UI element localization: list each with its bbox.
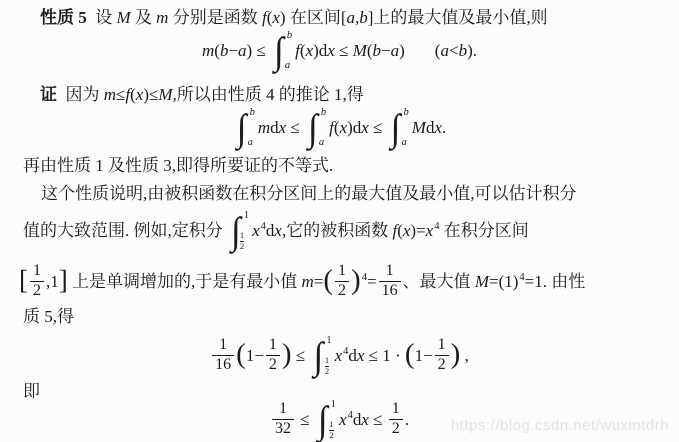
fraction: 132 (272, 400, 294, 438)
integral: ∫ba (237, 106, 255, 150)
text-run: 分别是函数 (168, 8, 262, 27)
fraction-denominator: 2 (435, 355, 449, 374)
text-run: = (367, 272, 377, 291)
math-var: M (475, 272, 489, 291)
text-run: 再由性质 1 及性质 3,即得所要证的不等式. (23, 156, 333, 175)
fraction: 12 (325, 356, 329, 376)
math-var: x (340, 118, 348, 137)
integral-sign: ∫ (318, 400, 328, 440)
math-var: x (252, 221, 260, 240)
text-run: ≤ (296, 410, 314, 429)
text-run: ≤ (369, 118, 387, 137)
text-run: ]上的最大值及最小值,则 (368, 8, 548, 27)
bold-text: 证 (40, 85, 57, 104)
big-paren: ( (236, 338, 246, 370)
text-run: ≤ (286, 118, 304, 137)
fraction: 12 (389, 400, 403, 438)
watermark: https://blog.csdn.net/wuxintdrh (451, 417, 669, 434)
proof-conclusion-line: 再由性质 1 及性质 3,即得所要证的不等式. (23, 155, 333, 177)
fraction: 12 (435, 336, 449, 374)
math-var: a (391, 41, 400, 60)
math-var: x (327, 41, 335, 60)
integral-sign: ∫ (313, 336, 323, 376)
big-paren: ) (282, 338, 292, 370)
text-run: , (460, 346, 469, 365)
text-run: ) ≤ (247, 41, 271, 60)
text-run: 上是单调增加的,于是有最小值 (68, 272, 302, 291)
integral: ∫ba (274, 29, 292, 73)
integral-lower-bound: a (400, 138, 409, 149)
integral-sign: ∫ (237, 108, 247, 148)
text-run: )≤ (143, 85, 158, 104)
math-var: m (104, 85, 116, 104)
math-var: x (426, 221, 434, 240)
math-var: a (238, 41, 247, 60)
integral-bounds: ba (401, 106, 409, 150)
text-run: ) 在区间[ (280, 8, 347, 27)
fraction-denominator: 32 (272, 419, 294, 438)
proof-start-line: 证 因为 m≤f(x)≤M,所以由性质 4 的推论 1,得 (40, 84, 364, 106)
text-run: d (270, 118, 279, 137)
math-var: m (258, 118, 270, 137)
text-run: =1. 由性 (525, 272, 586, 291)
math-var: M (117, 8, 131, 27)
fraction-denominator: 2 (329, 430, 333, 440)
fraction: 12 (335, 262, 349, 300)
remark-line-3: [12,1] 上是单调增加的,于是有最小值 m=(12)4=116、最大值 M=… (19, 252, 585, 304)
integral-upper-bound: b (287, 31, 292, 42)
text-run: 设 (87, 8, 117, 27)
math-var: b (373, 41, 382, 60)
math-var: a (440, 41, 449, 60)
math-var: m (156, 8, 168, 27)
remark-line-2: 值的大致范围. 例如,定积分 ∫112x4dx,它的被积函数 f(x)=x4 在… (23, 204, 529, 250)
fraction-numerator: 1 (329, 420, 333, 429)
text-run: ≤ 1 · (364, 346, 405, 365)
remark-line-1: 这个性质说明,由被积函数在积分区间上的最大值及最小值,可以估计积分 (41, 183, 577, 205)
big-paren: ( (405, 338, 415, 370)
integral-upper-bound: b (250, 108, 255, 119)
text-run: 1− (246, 346, 264, 365)
text-run: ,它的被积函数 (282, 221, 393, 240)
integral-bounds: 112 (328, 398, 336, 442)
fraction-numerator: 1 (389, 400, 403, 418)
integral-upper-bound: 1 (244, 211, 249, 222)
text-run: 、最大值 (403, 272, 475, 291)
fraction-denominator: 16 (212, 355, 234, 374)
textbook-page: 性质 5 设 M 及 m 分别是函数 f(x) 在区间[a,b]上的最大值及最小… (0, 0, 679, 442)
text-run: . (405, 410, 409, 429)
text-run: =(1) (489, 272, 518, 291)
fraction: 12 (329, 420, 333, 440)
integral: ∫112 (231, 209, 249, 253)
big-bracket: ] (59, 265, 68, 295)
text-run: )d (313, 41, 327, 60)
fraction: 116 (212, 336, 234, 374)
math-var: x (272, 8, 280, 27)
fraction-numerator: 1 (272, 400, 294, 418)
math-var: b (459, 41, 468, 60)
bold-text: 性质 5 (40, 8, 87, 27)
formula-property5-inequality: m(b−a) ≤ ∫baf(x)dx ≤ M(b−a)(a<b). (0, 28, 679, 74)
integral-bounds: ba (318, 106, 326, 150)
integral-lower-bound: 12 (327, 420, 336, 440)
integral-bounds: 112 (323, 334, 331, 378)
text-run: . (442, 118, 446, 137)
text-run: 值的大致范围. 例如,定积分 (23, 221, 227, 240)
integral-sign: ∫ (391, 108, 401, 148)
integral: ∫ba (308, 106, 326, 150)
fraction-numerator: 1 (379, 262, 401, 280)
fraction-denominator: 2 (335, 281, 349, 300)
integral-lower-bound: a (283, 61, 292, 72)
fraction: 12 (266, 336, 280, 374)
text-run: ≤ (335, 41, 353, 60)
text-run: < (449, 41, 459, 60)
integral-lower-bound: a (317, 138, 326, 149)
text-run: 1− (415, 346, 433, 365)
text-run: d (348, 346, 357, 365)
fraction-numerator: 1 (30, 262, 44, 280)
text-run: )= (410, 221, 425, 240)
fraction-denominator: 16 (379, 281, 401, 300)
integral-bounds: 112 (241, 209, 249, 253)
fraction-numerator: 1 (212, 336, 234, 354)
text-run: ) (399, 41, 405, 60)
text-run: 质 5,得 (23, 307, 74, 326)
math-var: M (158, 85, 172, 104)
math-var: x (361, 118, 369, 137)
integral-upper-bound: 1 (326, 336, 331, 347)
big-paren: ( (323, 264, 333, 296)
text-run: − (381, 41, 391, 60)
math-var: M (412, 118, 426, 137)
text-run: ,所以由性质 4 的推论 1,得 (173, 85, 364, 104)
big-bracket: [ (19, 265, 28, 295)
integral-bounds: ba (247, 106, 255, 150)
formula-integral-inequality: ∫bamdx ≤ ∫baf(x)dx ≤ ∫baMdx. (0, 104, 679, 152)
math-var: x (434, 118, 442, 137)
integral-upper-bound: b (321, 108, 326, 119)
math-var: x (339, 410, 347, 429)
fraction-denominator: 2 (389, 419, 403, 438)
math-var: x (361, 410, 369, 429)
text-run: ≤ (369, 410, 387, 429)
integral-sign: ∫ (308, 108, 318, 148)
integral: ∫ba (391, 106, 409, 150)
text-run: − (228, 41, 238, 60)
integral: ∫112 (313, 334, 331, 378)
fraction: 12 (30, 262, 44, 300)
formula-example-bounds: 116(1−12) ≤ ∫112x4dx ≤ 1 · (1−12) , (0, 327, 679, 377)
math-var: a (346, 8, 355, 27)
big-paren: ) (351, 264, 361, 296)
fraction-denominator: 2 (30, 281, 44, 300)
remark-line-4: 质 5,得 (23, 306, 74, 328)
integral-upper-bound: b (404, 108, 409, 119)
text-run: ,1 (46, 272, 59, 291)
math-var: b (359, 8, 368, 27)
fraction-denominator: 2 (266, 355, 280, 374)
integral-bounds: ba (284, 29, 292, 73)
integral: ∫112 (318, 398, 336, 442)
text-run: 因为 (57, 85, 104, 104)
integral-lower-bound: 12 (240, 231, 249, 251)
math-var: x (274, 221, 282, 240)
fraction-denominator: 2 (325, 366, 329, 376)
fraction-numerator: 1 (435, 336, 449, 354)
text-run: )d (347, 118, 361, 137)
text-run: ≤ (292, 346, 310, 365)
integral-lower-bound: a (246, 138, 255, 149)
integral-sign: ∫ (231, 211, 241, 251)
fraction-numerator: 1 (325, 356, 329, 365)
text-run: 这个性质说明,由被积函数在积分区间上的最大值及最小值,可以估计积分 (41, 184, 577, 203)
text-run: ). (467, 41, 477, 60)
integral-sign: ∫ (274, 31, 284, 71)
text-run: 及 (131, 8, 157, 27)
text-run: ≤ (116, 85, 125, 104)
text-run: 在积分区间 (439, 221, 528, 240)
integral-upper-bound: 1 (331, 400, 336, 411)
text-run: = (314, 272, 324, 291)
fraction-numerator: 1 (335, 262, 349, 280)
math-var: m (302, 272, 314, 291)
fraction: 116 (379, 262, 401, 300)
math-var: m (202, 41, 214, 60)
fraction-numerator: 1 (266, 336, 280, 354)
math-var: x (306, 41, 314, 60)
math-var: x (335, 346, 343, 365)
property5-statement-line: 性质 5 设 M 及 m 分别是函数 f(x) 在区间[a,b]上的最大值及最小… (40, 7, 548, 29)
integral-lower-bound: 12 (322, 356, 331, 376)
math-var: M (353, 41, 367, 60)
big-paren: ) (451, 338, 461, 370)
